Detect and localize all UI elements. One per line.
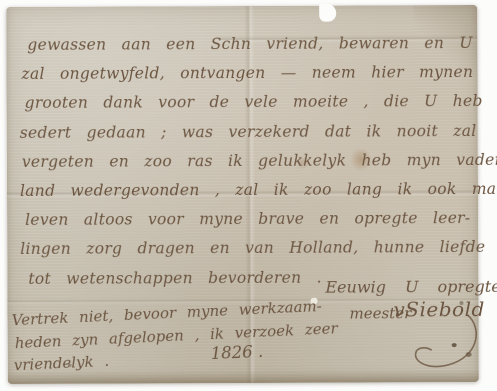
signature-flourish <box>386 313 486 373</box>
letter-body: gewassen aan een Schn vriend, bewaren en… <box>19 29 468 294</box>
letter-line: land wedergevonden , zal ik zoo lang ik … <box>20 175 468 206</box>
letter-line: gewassen aan een Schn vriend, bewaren en… <box>19 29 467 60</box>
letter-line: leven altoos voor myne brave en opregte … <box>20 204 468 235</box>
letter-paper: gewassen aan een Schn vriend, bewaren en… <box>6 5 479 384</box>
scanned-letter-image: gewassen aan een Schn vriend, bewaren en… <box>0 0 497 391</box>
letter-line: sedert gedaan ; was verzekerd dat ik noo… <box>20 117 468 148</box>
letter-line: grooten dank voor de vele moeite , die U… <box>20 87 468 118</box>
closing-line: Eeuwig U opregte <box>325 277 497 297</box>
letter-line: zal ongetwyfeld, ontvangen — neem hier m… <box>19 58 467 89</box>
postscript: Vertrek niet, bevoor myne werkzaam- hede… <box>11 295 314 376</box>
letter-line: vergeten en zoo ras ik gelukkelyk heb my… <box>20 146 468 177</box>
paper-damage-chip <box>319 4 336 22</box>
letter-line: lingen zorg dragen en van Holland, hunne… <box>20 233 468 264</box>
date: 1826 . <box>210 342 263 363</box>
